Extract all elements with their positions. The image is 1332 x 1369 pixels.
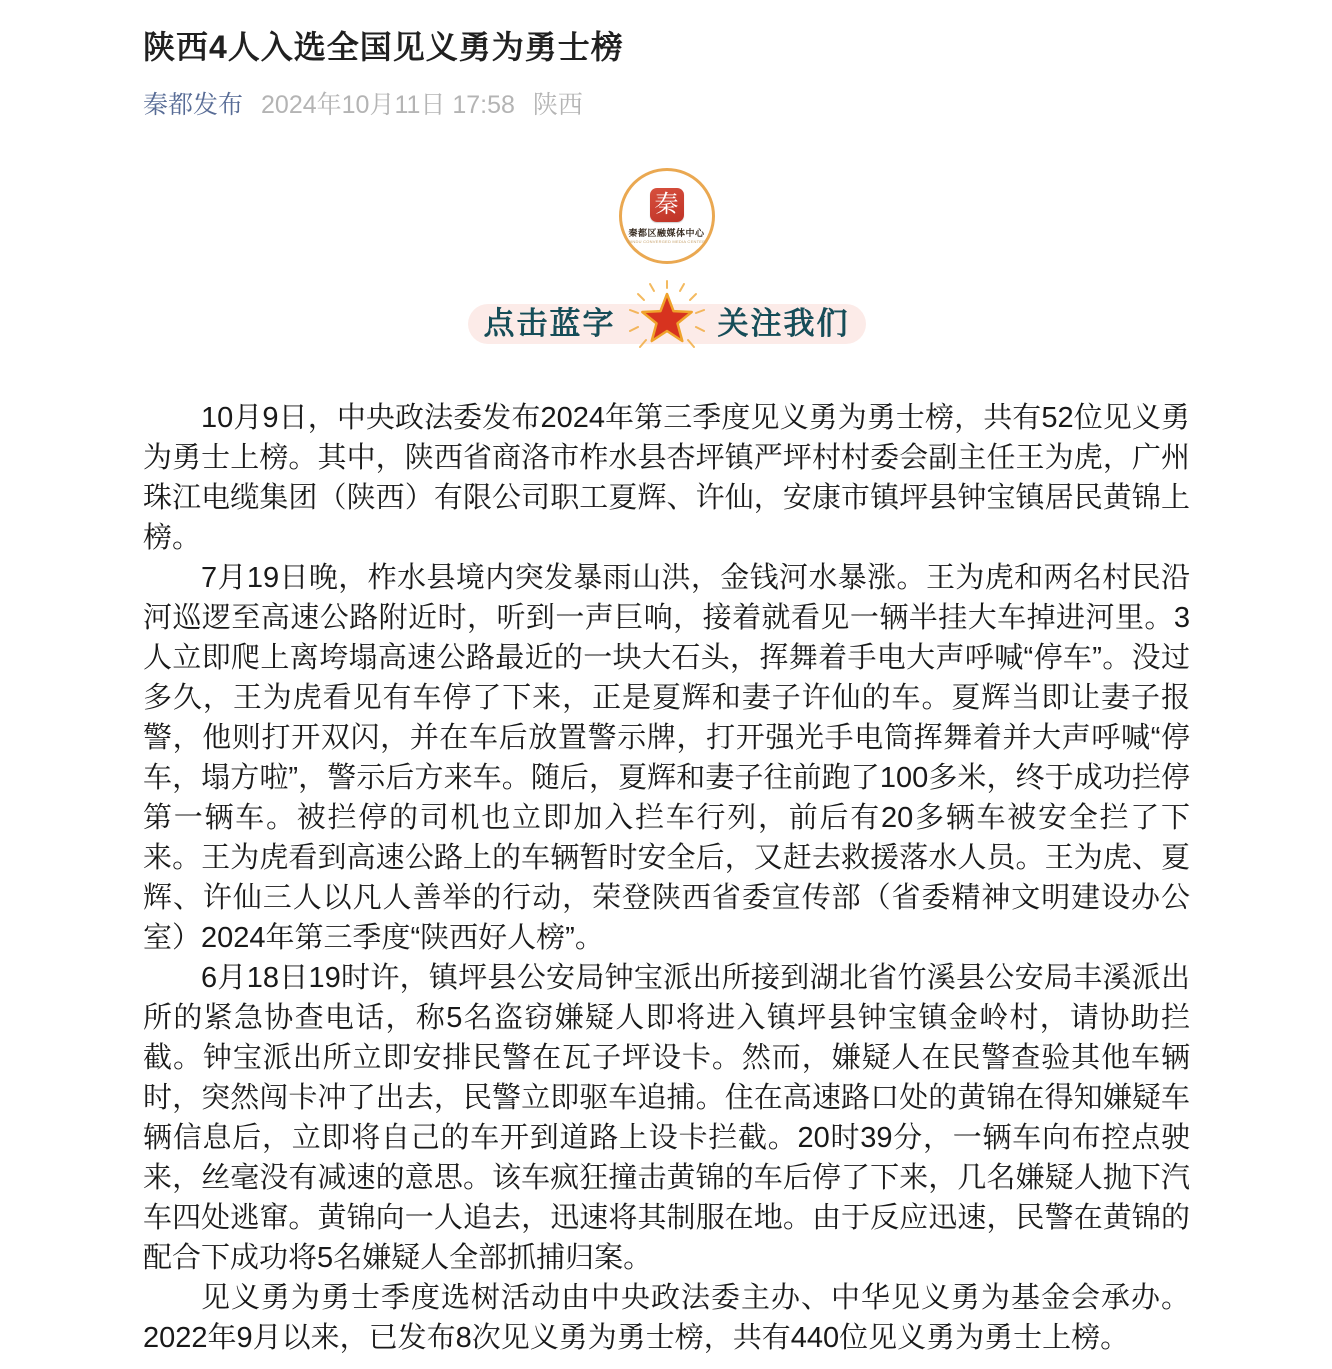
seal-icon: 秦: [650, 188, 684, 222]
wechat-article: 陕西4人入选全国见义勇为勇士榜 秦都发布 2024年10月11日 17:58 陕…: [143, 0, 1190, 1358]
logo-org-name: 秦都区融媒体中心: [628, 226, 704, 239]
follow-banner[interactable]: 点击蓝字 关注我们: [468, 304, 866, 344]
logo-org-name-en: QINDU CONVERGED MEDIA CENTER: [628, 239, 706, 244]
follow-banner-row: 点击蓝字 关注我们: [143, 304, 1190, 344]
account-link[interactable]: 秦都发布: [143, 90, 243, 120]
logo-circle: 秦 秦都区融媒体中心 QINDU CONVERGED MEDIA CENTER: [619, 168, 715, 264]
paragraph-1: 10月9日，中央政法委发布2024年第三季度见义勇为勇士榜，共有52位见义勇为勇…: [143, 398, 1190, 558]
publish-location: 陕西: [533, 90, 583, 120]
banner-left-text: 点击蓝字: [484, 304, 616, 344]
seal-character: 秦: [655, 193, 679, 217]
page-title: 陕西4人入选全国见义勇为勇士榜: [143, 26, 1190, 68]
publish-date: 2024年10月11日 17:58: [261, 90, 515, 120]
banner-right-text: 关注我们: [718, 304, 850, 344]
paragraph-3: 6月18日19时许，镇坪县公安局钟宝派出所接到湖北省竹溪县公安局丰溪派出所的紧急…: [143, 958, 1190, 1278]
byline: 秦都发布 2024年10月11日 17:58 陕西: [143, 90, 1190, 120]
official-account-logo: 秦 秦都区融媒体中心 QINDU CONVERGED MEDIA CENTER: [143, 168, 1190, 264]
star-slot: [616, 324, 718, 325]
article-body: 10月9日，中央政法委发布2024年第三季度见义勇为勇士榜，共有52位见义勇为勇…: [143, 398, 1190, 1358]
paragraph-2: 7月19日晚，柞水县境内突发暴雨山洪，金钱河水暴涨。王为虎和两名村民沿河巡逻至高…: [143, 558, 1190, 958]
paragraph-4: 见义勇为勇士季度选树活动由中央政法委主办、中华见义勇为基金会承办。2022年9月…: [143, 1278, 1190, 1358]
follow-banner-pill: 点击蓝字 关注我们: [468, 304, 866, 344]
